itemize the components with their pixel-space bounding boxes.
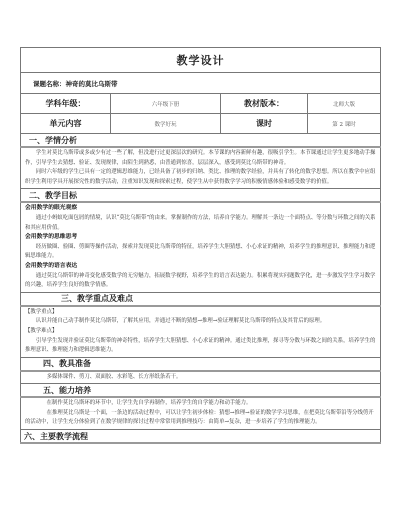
section-heading-materials: 四、教具准备 (21, 357, 381, 371)
goals-body: 会用数学的眼光观察 通过小蚂蚁吃面包屑的情境，认识“莫比乌斯带”的由来。掌握制作… (21, 202, 381, 292)
document-page: 教学设计 课题名称：神奇的莫比乌斯带 学科年级： 六年级下册 教材版本： 北师大… (20, 47, 380, 444)
analysis-paragraph: 同时六年级的学生已具有一定的逻辑思维能力，已经具备了初步的归纳、类比、推理的数学… (25, 168, 376, 187)
goal-title: 会用数学的思维思考 (25, 233, 376, 243)
key-points-body: 【教学重点】 认识并能自己动手制作莫比乌斯带，了解其应用，并通过不断的猜想→推理… (21, 306, 381, 357)
difficulty-label: 【教学难点】 (25, 327, 376, 337)
key-point-label: 【教学重点】 (25, 308, 376, 318)
unit-label: 单元内容 (21, 114, 111, 134)
difficulty-text: 引导学生发现并验证莫比乌斯带的神奇特性，培养学生大胆猜想、小心求证的精神。通过类… (25, 337, 376, 356)
abilities-paragraph: 在推理莫比乌斯是一个面，一条边的活动过程中，可以让学生初步体检：猜想→推理→验证… (25, 409, 376, 428)
section-heading-flow: 六、主要教学流程 (21, 430, 381, 444)
abilities-body: 在制作莫比乌斯环的环节中，让学生先自学再制作，培养学生的自学能力和动手能力。 在… (21, 397, 381, 429)
textbook-value: 北师大版 (308, 94, 381, 114)
goal-text: 通过莫比乌斯带的神奇变化感受数学的无穷魅力，拓展数学视野，培养学生的语言表达能力… (25, 272, 376, 291)
key-point-text: 认识并能自己动手制作莫比乌斯带，了解其应用，并通过不断的猜想→推理→验证理解莫比… (25, 317, 376, 327)
materials-body: 多媒体课件、剪刀、双面胶、水彩笔、长方形纸条若干。 (21, 371, 381, 384)
document-title: 教学设计 (21, 48, 381, 73)
analysis-paragraph: 学生对莫比乌斯带或多或少有过一些了解，但没进行过更深层次的研究。本节课的内容新鲜… (25, 149, 376, 168)
goal-title: 会用数学的眼光观察 (25, 204, 376, 214)
section-heading-analysis: 一、学情分析 (21, 134, 381, 148)
section-heading-goals: 二、教学目标 (21, 189, 381, 203)
abilities-paragraph: 在制作莫比乌斯环的环节中，让学生先自学再制作，培养学生的自学能力和动手能力。 (25, 399, 376, 409)
analysis-body: 学生对莫比乌斯带或多或少有过一些了解，但没进行过更深层次的研究。本节课的内容新鲜… (21, 147, 381, 189)
textbook-label: 教材版本： (221, 94, 308, 114)
period-value: 第 2 课时 (308, 114, 381, 134)
goal-text: 经历做圈、验圈、剪圈等操作活动，探索并发现莫比乌斯带的特征，培养学生大胆猜想、小… (25, 243, 376, 262)
lesson-topic: 课题名称：神奇的莫比乌斯带 (21, 73, 381, 94)
goal-title: 会用数学的语言表达 (25, 262, 376, 272)
section-heading-abilities: 五、能力培养 (21, 384, 381, 398)
subject-grade-label: 学科年级： (21, 94, 111, 114)
lesson-plan-table: 教学设计 课题名称：神奇的莫比乌斯带 学科年级： 六年级下册 教材版本： 北师大… (20, 47, 381, 444)
section-heading-key-points: 三、教学重点及难点 (21, 292, 381, 306)
subject-grade-value: 六年级下册 (111, 94, 221, 114)
period-label: 课时 (221, 114, 308, 134)
goal-text: 通过小蚂蚁吃面包屑的情境，认识“莫比乌斯带”的由来。掌握制作的方法，培养自学能力… (25, 214, 376, 233)
unit-value: 数学好玩 (111, 114, 221, 134)
materials-text: 多媒体课件、剪刀、双面胶、水彩笔、长方形纸条若干。 (25, 373, 376, 383)
